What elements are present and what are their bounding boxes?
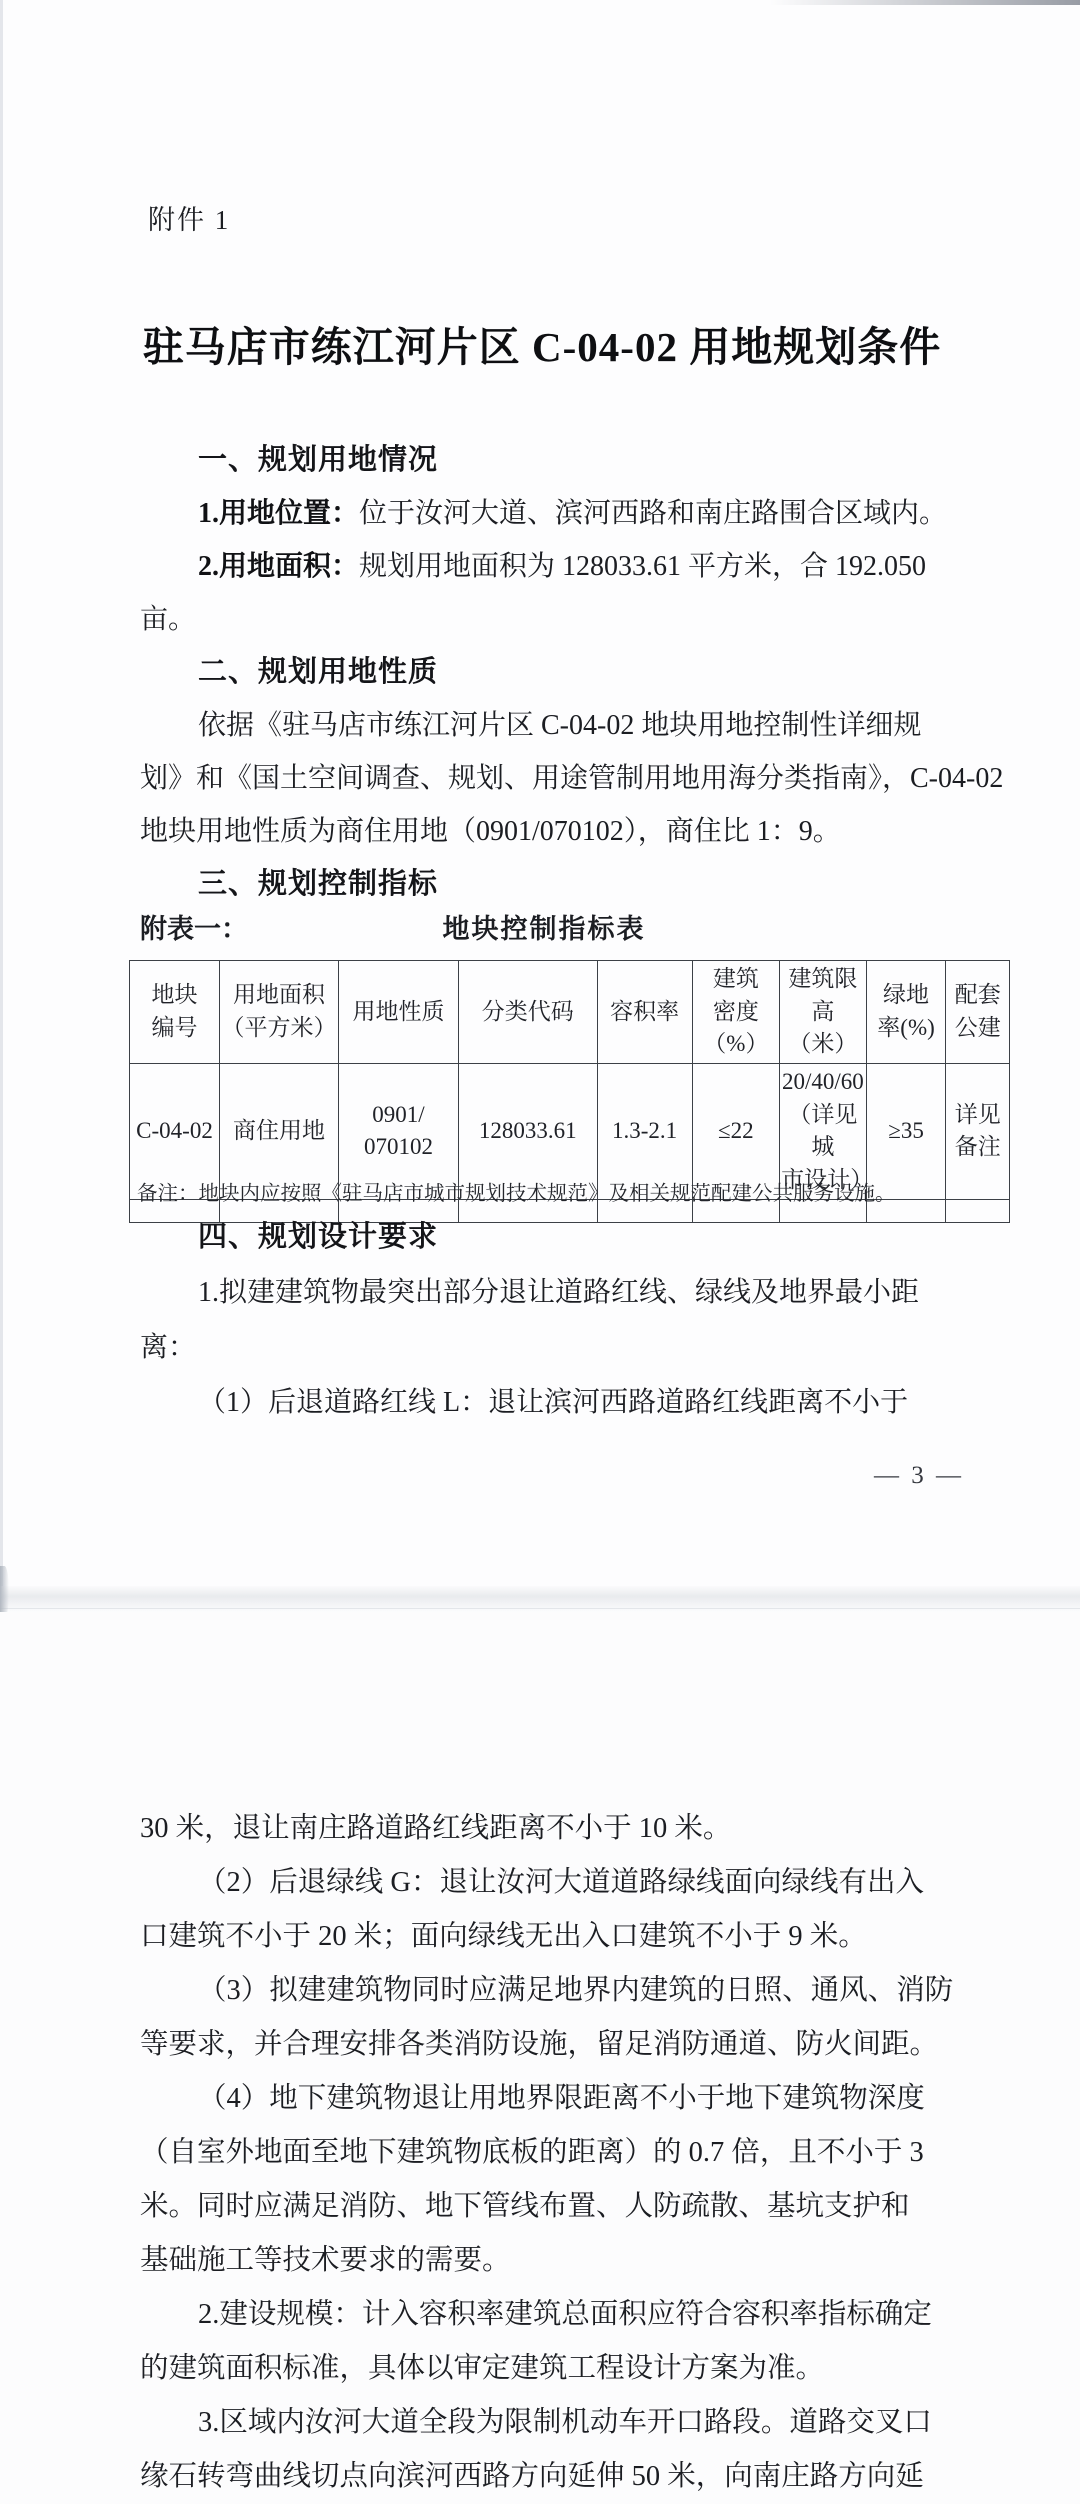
text-line: 米。同时应满足消防、地下管线布置、人防疏散、基坑支护和 bbox=[140, 2180, 988, 2234]
table-header-cell: 容积率 bbox=[597, 961, 692, 1064]
section-heading: 四、规划设计要求 bbox=[140, 1210, 985, 1265]
text-line: 1.拟建建筑物最突出部分退让道路红线、绿线及地界最小距 bbox=[140, 1265, 985, 1320]
text-line: （3）拟建建筑物同时应满足地界内建筑的日照、通风、消防 bbox=[140, 1964, 988, 2018]
text-line: （1）后退道路红线 L：退让滨河西路道路红线距离不小于 bbox=[140, 1375, 985, 1430]
text-line: 的建筑面积标准，具体以审定建筑工程设计方案为准。 bbox=[140, 2342, 988, 2396]
text-line: 基础施工等技术要求的需要。 bbox=[140, 2234, 988, 2288]
table-header-cell: 分类代码 bbox=[458, 961, 597, 1064]
text-line: 划》和《国土空间调查、规划、用途管制用地用海分类指南》，C-04-02 bbox=[140, 752, 985, 805]
page-seam-line bbox=[0, 1608, 1080, 1609]
scan-corner-shadow bbox=[0, 1566, 9, 1618]
page-1: 附件 1 驻马店市练江河片区 C-04-02 用地规划条件 一、规划用地情况1.… bbox=[0, 0, 1080, 1592]
text-line: 30 米，退让南庄路道路红线距离不小于 10 米。 bbox=[140, 1802, 988, 1856]
table-header-cell: 用地面积（平方米） bbox=[219, 961, 338, 1064]
text-line: 2.建设规模：计入容积率建筑总面积应符合容积率指标确定 bbox=[140, 2288, 988, 2342]
document-title: 驻马店市练江河片区 C-04-02 用地规划条件 bbox=[100, 314, 984, 373]
table-note: 备注：地块内应按照《驻马店市城市规划技术规范》及相关规范配建公共服务设施。 bbox=[137, 1176, 997, 1206]
text-line: 2.用地面积：规划用地面积为 128033.61 平方米，合 192.050 bbox=[140, 540, 985, 593]
document-scan: 附件 1 驻马店市练江河片区 C-04-02 用地规划条件 一、规划用地情况1.… bbox=[0, 0, 1080, 2504]
table-caption-row: 附表一： 地块控制指标表 bbox=[104, 906, 984, 952]
table-header-cell: 用地性质 bbox=[339, 961, 459, 1064]
table-header-cell: 建筑限高（米） bbox=[780, 961, 867, 1064]
attachment-label: 附件 1 bbox=[148, 198, 230, 237]
page2-text: 30 米，退让南庄路道路红线距离不小于 10 米。（2）后退绿线 G：退让汝河大… bbox=[140, 1802, 988, 2504]
text-line: 亩。 bbox=[140, 593, 985, 646]
page-2: 30 米，退让南庄路道路红线距离不小于 10 米。（2）后退绿线 G：退让汝河大… bbox=[0, 1612, 1080, 2504]
text-line: 口建筑不小于 20 米；面向绿线无出入口建筑不小于 9 米。 bbox=[140, 1910, 988, 1964]
scan-edge-left bbox=[0, 0, 3, 1592]
text-line: 等要求，并合理安排各类消防设施，留足消防通道、防火间距。 bbox=[140, 2018, 988, 2072]
text-line: （自室外地面至地下建筑物底板的距离）的 0.7 倍，且不小于 3 bbox=[140, 2126, 988, 2180]
text-line: （4）地下建筑物退让用地界限距离不小于地下建筑物深度 bbox=[140, 2072, 988, 2126]
table-header-cell: 配套公建 bbox=[946, 961, 1010, 1064]
design-requirements-section: 四、规划设计要求1.拟建建筑物最突出部分退让道路红线、绿线及地界最小距离：（1）… bbox=[140, 1210, 985, 1430]
section-heading: 一、规划用地情况 bbox=[140, 434, 985, 487]
scan-edge-top bbox=[770, 0, 1080, 5]
text-line: 3.区域内汝河大道全段为限制机动车开口路段。道路交叉口 bbox=[140, 2396, 988, 2450]
text-line: 依据《驻马店市练江河片区 C-04-02 地块用地控制性详细规 bbox=[140, 699, 985, 752]
section-heading: 三、规划控制指标 bbox=[140, 858, 985, 911]
text-line: 地块用地性质为商住用地（0901/070102），商住比 1：9。 bbox=[140, 805, 985, 858]
section-heading: 二、规划用地性质 bbox=[140, 646, 985, 699]
table-header-cell: 建筑密度（%） bbox=[692, 961, 779, 1064]
text-line: （2）后退绿线 G：退让汝河大道道路绿线面向绿线有出入 bbox=[140, 1856, 988, 1910]
text-line: 离： bbox=[140, 1320, 985, 1375]
table-header-cell: 地块编号 bbox=[130, 961, 220, 1064]
text-line: 缘石转弯曲线切点向滨河西路方向延伸 50 米，向南庄路方向延 bbox=[140, 2450, 988, 2504]
page-number: — 3 — bbox=[104, 1462, 964, 1490]
text-line: 1.用地位置：位于汝河大道、滨河西路和南庄路围合区域内。 bbox=[140, 487, 985, 540]
planning-land-sections: 一、规划用地情况1.用地位置：位于汝河大道、滨河西路和南庄路围合区域内。2.用地… bbox=[140, 434, 985, 911]
table-header-cell: 绿地率(%) bbox=[866, 961, 946, 1064]
table-label: 附表一： bbox=[140, 906, 248, 952]
